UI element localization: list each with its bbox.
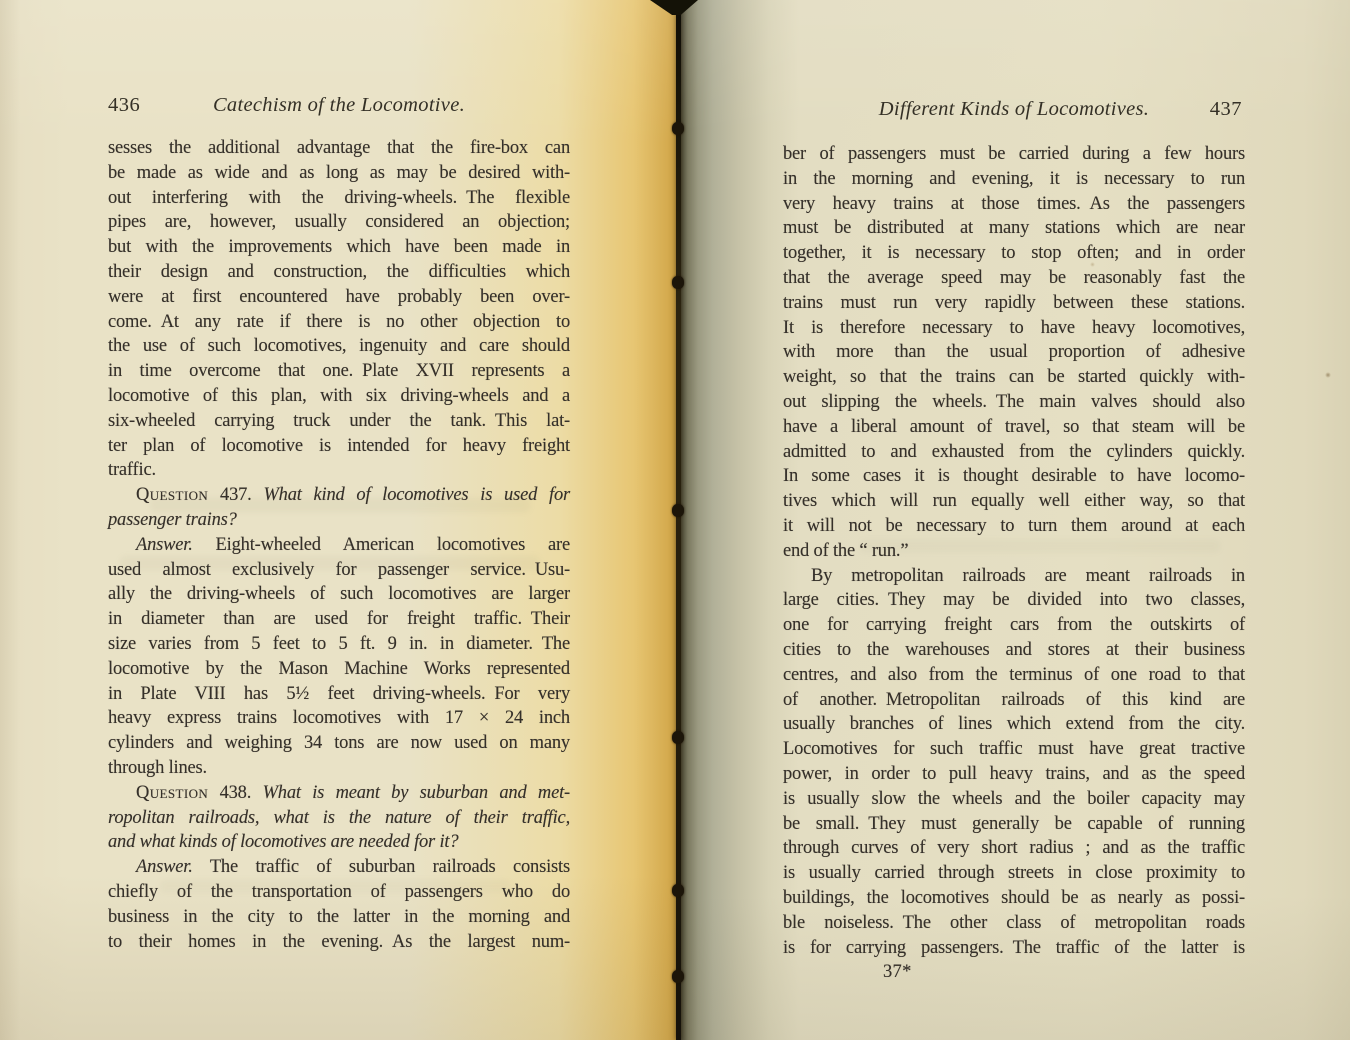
text-segment: through curves of very short radius ; an… [783,838,1245,858]
text-segment: were at first encountered have probably … [108,287,570,307]
text-line: it will not be necessary to turn them ar… [783,514,1245,539]
text-line: heavy express trains locomotives with 17… [108,706,570,731]
text-segment: What kind of locomotives is used for [263,485,570,505]
text-segment: cities to the warehouses and stores at t… [783,640,1245,660]
text-line: chiefly of the transportation of passeng… [108,880,570,905]
text-segment: ble noiseless. The other class of metrop… [783,913,1245,933]
text-segment: Locomotives for such traffic must have g… [783,739,1245,759]
text-segment: passenger trains? [108,510,237,530]
binding-stitch [672,970,684,983]
text-line: come. At any rate if there is no other o… [108,310,570,335]
text-line: were at first encountered have probably … [108,285,570,310]
text-line: be made as wide and as long as may be de… [108,161,570,186]
binding-stitch [672,122,684,135]
text-line: Locomotives for such traffic must have g… [783,737,1245,762]
right-page-header: Different Kinds of Locomotives. 437 [783,98,1245,124]
text-line: sesses the additional advantage that the… [108,136,570,161]
text-line: ble noiseless. The other class of metrop… [783,911,1245,936]
text-segment: six-wheeled carrying truck under the tan… [108,411,570,431]
text-line: Answer. Eight-wheeled American locomotiv… [108,533,570,558]
text-segment: have a liberal amount of travel, so that… [783,417,1245,437]
text-segment: out interfering with the driving-wheels.… [108,188,570,208]
text-segment: very heavy trains at those times. As the… [783,194,1245,214]
text-line: with more than the usual proportion of a… [783,340,1245,365]
text-segment: through lines. [108,758,207,778]
text-segment: must be distributed at many stations whi… [783,218,1245,238]
text-segment: weight, so that the trains can be starte… [783,367,1245,387]
text-segment: 437. [208,485,263,505]
text-segment: large cities. They may be divided into t… [783,590,1245,610]
text-line: centres, and also from the terminus of o… [783,663,1245,688]
text-line: passenger trains? [108,508,570,533]
text-segment: of another. Metropolitan railroads of th… [783,690,1245,710]
text-segment: but with the improvements which have bee… [108,237,570,257]
text-line: and what kinds of locomotives are needed… [108,830,570,855]
text-segment: tives which will run equally well either… [783,491,1245,511]
text-segment: the use of such locomotives, ingenuity a… [108,336,570,356]
right-page-lines: ber of passengers must be carried during… [783,142,1245,960]
text-line: ber of passengers must be carried during… [783,142,1245,167]
text-segment: The traffic of suburban railroads consis… [193,857,570,877]
left-page-header: 436 Catechism of the Locomotive. [108,94,570,120]
text-segment: ally the driving-wheels of such locomoti… [108,584,570,604]
text-line: in time overcome that one. Plate XVII re… [108,359,570,384]
text-line: six-wheeled carrying truck under the tan… [108,409,570,434]
text-segment: 438. [208,783,262,803]
binding-stitch [672,731,684,744]
text-segment: be made as wide and as long as may be de… [108,163,570,183]
text-line: be small. They must generally be capable… [783,812,1245,837]
left-page-number: 436 [108,94,140,117]
text-segment: in time overcome that one. Plate XVII re… [108,361,570,381]
text-line: cities to the warehouses and stores at t… [783,638,1245,663]
text-line: the use of such locomotives, ingenuity a… [108,334,570,359]
text-line: cylinders and weighing 34 tons are now u… [108,731,570,756]
binding-stitch [672,884,684,897]
text-segment: locomotive by the Mason Machine Works re… [108,659,570,679]
text-line: large cities. They may be divided into t… [783,588,1245,613]
text-line: By metropolitan railroads are meant rail… [783,564,1245,589]
right-page-number: 437 [1210,98,1242,121]
text-segment: end of the “ run.” [783,541,908,561]
text-line: usually branches of lines which extend f… [783,712,1245,737]
binding-stitch [672,504,684,517]
text-line: locomotive by the Mason Machine Works re… [108,657,570,682]
text-line: pipes are, however, usually considered a… [108,210,570,235]
text-segment: that the average speed may be reasonably… [783,268,1245,288]
text-segment: in Plate VIII has 5½ feet driving-wheels… [108,684,570,704]
text-line: In some cases it is thought desirable to… [783,464,1245,489]
text-line: in the morning and evening, it is necess… [783,167,1245,192]
text-line: weight, so that the trains can be starte… [783,365,1245,390]
text-line: is usually slow the wheels and the boile… [783,787,1245,812]
text-segment: Answer. [136,857,193,877]
text-segment: one for carrying freight cars from the o… [783,615,1245,635]
text-line: It is therefore necessary to have heavy … [783,316,1245,341]
text-segment: is for carrying passengers. The traffic … [783,938,1245,958]
text-segment: out slipping the wheels. The main valves… [783,392,1245,412]
text-segment: ber of passengers must be carried during… [783,144,1245,164]
text-segment: trains must run very rapidly between the… [783,293,1245,313]
text-line: but with the improvements which have bee… [108,235,570,260]
text-line: very heavy trains at those times. As the… [783,192,1245,217]
text-segment: in the morning and evening, it is necess… [783,169,1245,189]
left-page-text: sesses the additional advantage that the… [108,136,570,954]
text-segment: power, in order to pull heavy trains, an… [783,764,1245,784]
binding-stitch [672,276,684,289]
text-line: admitted to and exhausted from the cylin… [783,440,1245,465]
text-segment: to their homes in the evening. As the la… [108,932,570,952]
book-scan: { "scan": { "paper_color": "#e9e2c6", "i… [0,0,1350,1040]
text-line: out interfering with the driving-wheels.… [108,186,570,211]
text-line: through lines. [108,756,570,781]
text-line: their design and construction, the diffi… [108,260,570,285]
text-line: business in the city to the latter in th… [108,905,570,930]
text-line: through curves of very short radius ; an… [783,836,1245,861]
text-line: locomotive of this plan, with six drivin… [108,384,570,409]
text-line: end of the “ run.” [783,539,1245,564]
left-running-head: Catechism of the Locomotive. [108,94,570,117]
text-segment: centres, and also from the terminus of o… [783,665,1245,685]
text-segment: Eight-wheeled American locomotives are [193,535,570,555]
text-segment: heavy express trains locomotives with 17… [108,708,570,728]
text-line: trains must run very rapidly between the… [783,291,1245,316]
text-segment: is usually slow the wheels and the boile… [783,789,1245,809]
text-line: in diameter than are used for freight tr… [108,607,570,632]
text-segment: come. At any rate if there is no other o… [108,312,570,332]
text-line: have a liberal amount of travel, so that… [783,415,1245,440]
text-line: is usually carried through streets in cl… [783,861,1245,886]
text-segment: usually branches of lines which extend f… [783,714,1245,734]
signature-mark: 37* [783,960,1245,985]
right-page-text: ber of passengers must be carried during… [783,142,1245,985]
text-line: out slipping the wheels. The main valves… [783,390,1245,415]
right-running-head: Different Kinds of Locomotives. [783,98,1245,121]
text-line: is for carrying passengers. The traffic … [783,936,1245,961]
text-segment: sesses the additional advantage that the… [108,138,570,158]
text-line: Question 437. What kind of locomotives i… [108,483,570,508]
text-segment: and what kinds of locomotives are needed… [108,832,458,852]
text-segment: business in the city to the latter in th… [108,907,570,927]
text-segment: pipes are, however, usually considered a… [108,212,570,232]
text-line: Answer. The traffic of suburban railroad… [108,855,570,880]
text-segment: in diameter than are used for freight tr… [108,609,570,629]
text-segment: size varies from 5 feet to 5 ft. 9 in. i… [108,634,570,654]
text-segment: In some cases it is thought desirable to… [783,466,1245,486]
text-segment: admitted to and exhausted from the cylin… [783,442,1245,462]
text-segment: Question [136,485,208,505]
text-segment: is usually carried through streets in cl… [783,863,1245,883]
text-segment: ropolitan railroads, what is the nature … [108,808,570,828]
text-line: size varies from 5 feet to 5 ft. 9 in. i… [108,632,570,657]
text-line: tives which will run equally well either… [783,489,1245,514]
text-segment: locomotive of this plan, with six drivin… [108,386,570,406]
text-line: used almost exclusively for passenger se… [108,558,570,583]
text-segment: together, it is necessary to stop often;… [783,243,1245,263]
text-line: together, it is necessary to stop often;… [783,241,1245,266]
text-line: that the average speed may be reasonably… [783,266,1245,291]
text-line: one for carrying freight cars from the o… [783,613,1245,638]
text-segment: Answer. [136,535,193,555]
text-line: must be distributed at many stations whi… [783,216,1245,241]
text-segment: chiefly of the transportation of passeng… [108,882,570,902]
text-line: ally the driving-wheels of such locomoti… [108,582,570,607]
text-line: power, in order to pull heavy trains, an… [783,762,1245,787]
text-line: traffic. [108,458,570,483]
text-segment: their design and construction, the diffi… [108,262,570,282]
text-line: of another. Metropolitan railroads of th… [783,688,1245,713]
text-segment: cylinders and weighing 34 tons are now u… [108,733,570,753]
text-segment: buildings, the locomotives should be as … [783,888,1245,908]
text-segment: What is meant by suburban and met- [263,783,570,803]
text-segment: ter plan of locomotive is intended for h… [108,436,570,456]
text-segment: traffic. [108,460,156,480]
text-line: to their homes in the evening. As the la… [108,930,570,955]
text-line: Question 438. What is meant by suburban … [108,781,570,806]
text-segment: it will not be necessary to turn them ar… [783,516,1245,536]
text-line: ropolitan railroads, what is the nature … [108,806,570,831]
text-segment: It is therefore necessary to have heavy … [783,318,1245,338]
text-segment: Question [136,783,208,803]
text-line: in Plate VIII has 5½ feet driving-wheels… [108,682,570,707]
text-line: buildings, the locomotives should be as … [783,886,1245,911]
text-segment: with more than the usual proportion of a… [783,342,1245,362]
text-segment: By metropolitan railroads are meant rail… [811,566,1245,586]
text-line: ter plan of locomotive is intended for h… [108,434,570,459]
text-segment: be small. They must generally be capable… [783,814,1245,834]
text-segment: used almost exclusively for passenger se… [108,560,570,580]
